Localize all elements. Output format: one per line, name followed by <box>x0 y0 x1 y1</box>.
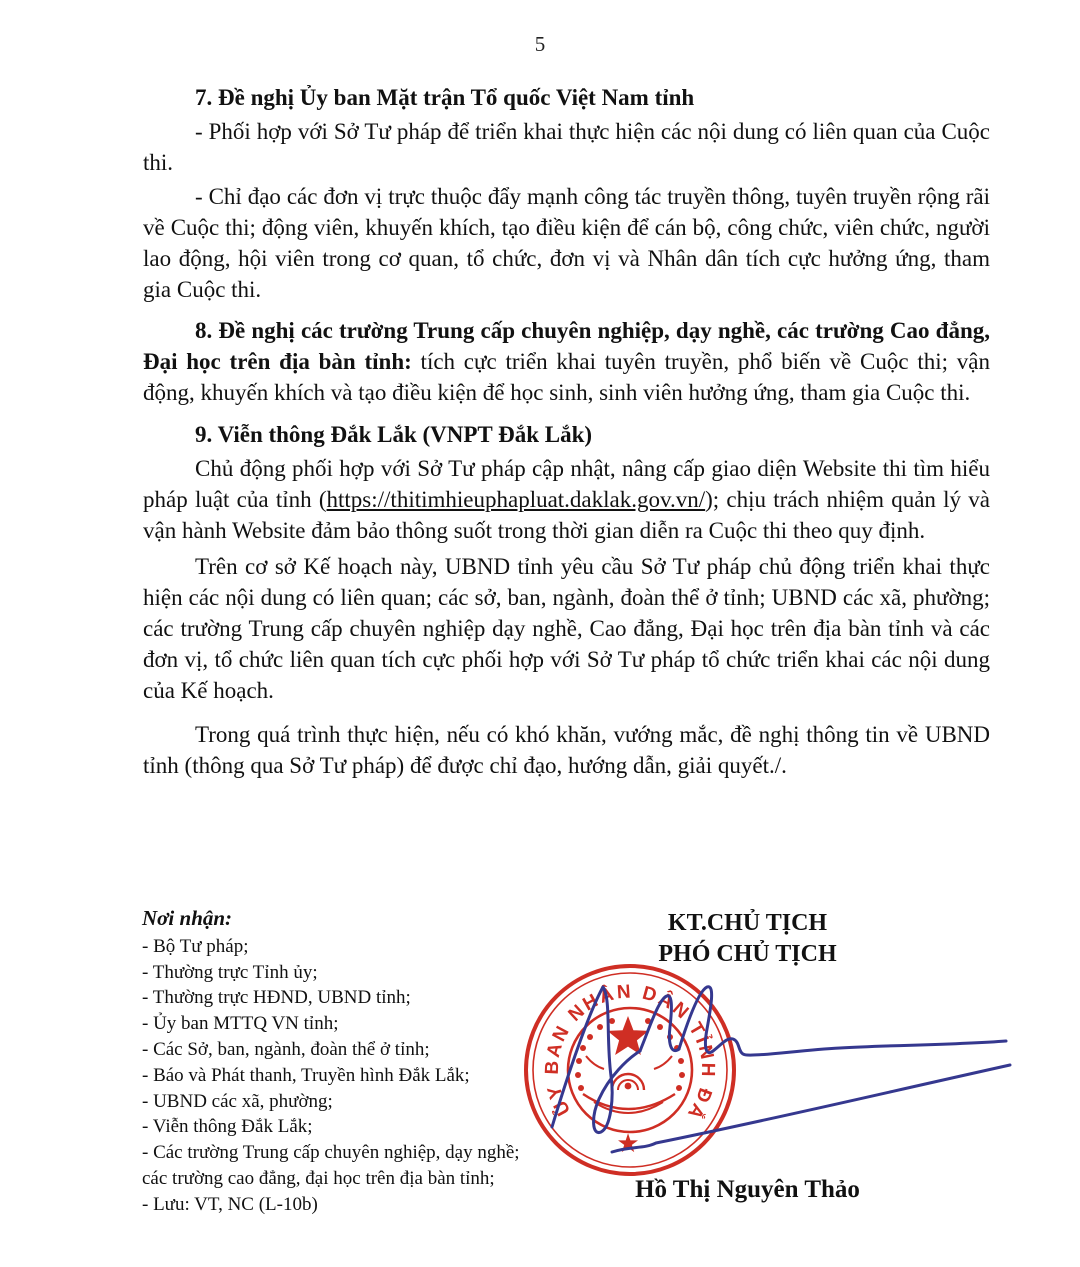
website-link[interactable]: https://thitimhieuphapluat.daklak.gov.vn… <box>327 487 706 512</box>
page-number: 5 <box>0 32 1080 57</box>
closing-paragraph-2: Trong quá trình thực hiện, nếu có khó kh… <box>143 719 990 781</box>
document-page: 5 7. Đề nghị Ủy ban Mặt trận Tổ quốc Việ… <box>0 0 1080 1267</box>
closing-paragraph-1: Trên cơ sở Kế hoạch này, UBND tỉnh yêu c… <box>143 551 990 706</box>
signature-title-line1: KT.CHỦ TỊCH <box>540 908 955 939</box>
emblem-wreath-dots <box>575 1018 685 1091</box>
signer-name: Hồ Thị Nguyên Thảo <box>540 1176 955 1204</box>
emblem-star-icon <box>607 1016 648 1055</box>
recipient-line: - Ủy ban MTTQ VN tỉnh; <box>142 1011 572 1037</box>
section-9-paragraph: Chủ động phối hợp với Sở Tư pháp cập nhậ… <box>143 453 990 546</box>
emblem-cog-icon <box>583 1056 675 1113</box>
section-7-paragraph-1: - Phối hợp với Sở Tư pháp để triển khai … <box>143 116 990 178</box>
recipient-line: - Các trường Trung cấp chuyên nghiệp, dạ… <box>142 1140 572 1166</box>
recipient-line: - UBND các xã, phường; <box>142 1089 572 1115</box>
recipient-line: - Thường trực Tỉnh ủy; <box>142 960 572 986</box>
recipient-line: - Báo và Phát thanh, Truyền hình Đắk Lắk… <box>142 1063 572 1089</box>
section-7-paragraph-2: - Chỉ đạo các đơn vị trực thuộc đẩy mạnh… <box>143 181 990 305</box>
recipient-line: - Các Sở, ban, ngành, đoàn thể ở tỉnh; <box>142 1037 572 1063</box>
document-body: 7. Đề nghị Ủy ban Mặt trận Tổ quốc Việt … <box>143 82 990 784</box>
seal-star-icon: ★ <box>616 1129 639 1158</box>
section-8-paragraph: 8. Đề nghị các trường Trung cấp chuyên n… <box>143 315 990 408</box>
recipient-line: - Viễn thông Đắk Lắk; <box>142 1114 572 1140</box>
signature-title-line2: PHÓ CHỦ TỊCH <box>540 939 955 970</box>
handwritten-signature-icon <box>552 987 1010 1152</box>
recipients-block: Nơi nhận: - Bộ Tư pháp; - Thường trực Tỉ… <box>142 906 572 1218</box>
recipient-line: - Lưu: VT, NC (L-10b) <box>142 1192 572 1218</box>
recipient-line: các trường cao đẳng, đại học trên địa bà… <box>142 1166 572 1192</box>
recipient-line: - Bộ Tư pháp; <box>142 934 572 960</box>
section-7-heading: 7. Đề nghị Ủy ban Mặt trận Tổ quốc Việt … <box>143 82 990 113</box>
recipients-title: Nơi nhận: <box>142 906 572 932</box>
section-9-heading: 9. Viễn thông Đắk Lắk (VNPT Đắk Lắk) <box>143 419 990 450</box>
signature-title-block: KT.CHỦ TỊCH PHÓ CHỦ TỊCH <box>540 908 955 970</box>
recipient-line: - Thường trực HĐND, UBND tỉnh; <box>142 985 572 1011</box>
